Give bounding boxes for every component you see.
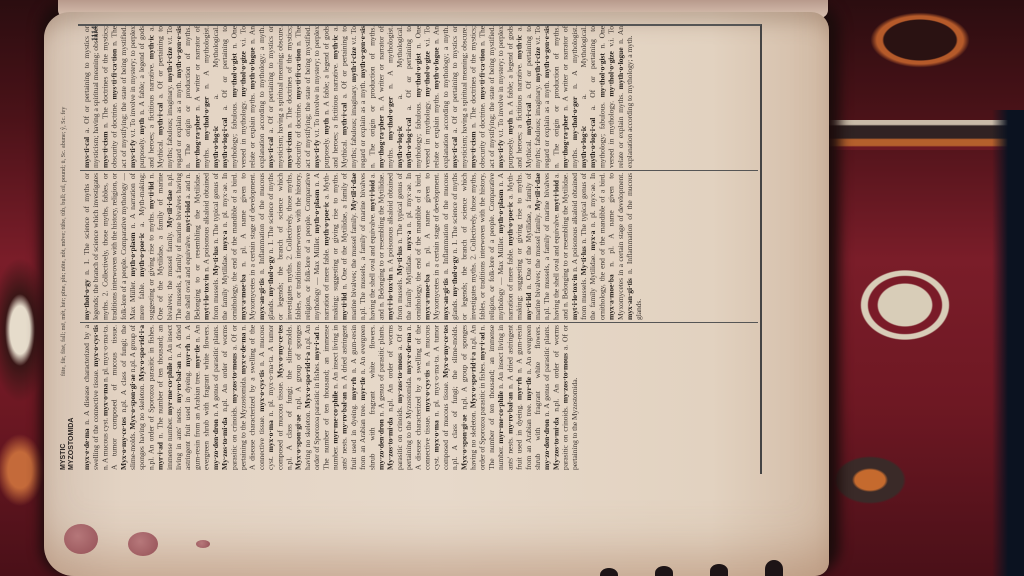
headword: myth [321,118,330,134]
headword: myth·o·log·i·cal [404,118,413,168]
headword: myr·i·ad [312,332,321,360]
headword: myth·o·gen·e·sis [174,26,183,78]
headword: myx·a [588,231,597,251]
definition: n. The origin or production of myths. [367,26,376,168]
headword: My·zos·to·mi·da [220,418,229,471]
headword: mys·ti·fy [128,140,137,168]
dark-edge-shadow [992,110,1024,576]
headword: my·thol·o·gist [597,53,606,97]
headword: my·thog·ra·pher [192,115,201,168]
definition: a. Mythological. [211,26,220,99]
headword: myr·rh [349,377,358,400]
headword: myx·o·ma [266,420,275,452]
definition: n.pl. An order of Sporozoa parasitic in … [146,325,155,470]
headword: myx·an·gi·tis [625,278,634,320]
headword: myth·i·cize [165,47,174,82]
headword: myth·o·log·ic [579,126,588,168]
headword: mys·ti·cal [82,137,91,168]
headword: mys·ti·cal [266,137,275,168]
headword: mys·ti·cism [284,132,293,168]
headword: myth·o·plasm [312,189,321,233]
thumb-index-tab [765,560,783,576]
headword: myth·o·gen·e·sis [358,26,367,78]
headword: myth·i·cal [524,103,533,135]
headword: myt·i·lo·tox·in [570,274,579,320]
headword: my·thol·o·ger [202,97,211,140]
headword: myx·an·gi·tis [441,278,450,320]
headword: myth·o·plasm [496,189,505,233]
headword: mys·ti·cal [450,137,459,168]
headword: myth·i·cize [349,47,358,82]
definition: a. Mythological. [579,26,588,99]
headword: myx·a·moe·ba [238,274,247,320]
headword: myth·i·cize [533,47,542,82]
headword: my·ti·lid [524,293,533,320]
red-stain [128,532,158,556]
guide-words: MYSTIC MYZOSTOMIDA [60,380,76,470]
headword: myx·a [220,231,229,251]
headword: Myx·o·spo·rid·i·a [469,352,478,408]
headword: myth [505,118,514,134]
headword: my·thol·o·gize [607,51,616,96]
headword: mys·ti·fy [312,140,321,168]
headword: my·ti·lid [146,182,155,209]
definition: n. A mucous cyst. [100,418,109,470]
headword: myx·o·ma [432,420,441,452]
headword: myt·i·loid [367,180,376,211]
column-divider [80,170,758,171]
headword: My·ti·lus [211,246,220,275]
definition: n.pl. A class of fungi; the slime-molds. [450,325,459,470]
headword: Myx·o·spon·gi·ae [459,415,468,470]
headword: myt·i·loid [183,201,192,232]
headword: my·thol·o·ger [570,97,579,140]
headword: my·zos·to·mous [395,353,404,403]
column-text: my·thol·o·gy n. 1. The science of myths … [82,173,758,320]
headword: my·zos·to·mous [229,353,238,403]
headword: mys·ti·cism [100,132,109,168]
headword: myth·o·gen·e·sis [542,26,551,78]
headword: myth [137,118,146,134]
headword: myt·i·loid [551,180,560,211]
headword: myth·o·logue [432,48,441,90]
headword: myx·o·cys·tis [257,370,266,412]
headword: myt·i·lo·tox·in [386,274,395,320]
headword: my·thol·o·gy [82,279,91,320]
pronunciation-key: fāte, fär, fāst, fall; mē, mĕt, hėr; pīn… [60,36,80,376]
headword: myx·e·de·ma [82,428,91,470]
headword: myth·i·cal [156,103,165,135]
headword: mys·ti·fi·ca·tion [110,49,119,100]
headword: my·zo·den·dron [542,419,551,470]
headword: myx·an·gi·tis [257,278,266,320]
red-stain [196,540,210,548]
headword: myx·e·de·ma [238,333,247,375]
headword: myt·i·lo·tox·in [202,274,211,320]
headword: mys·ti·cism [469,132,478,168]
headword: my·thog·ra·pher [377,115,386,168]
headword: my·ro·bal·an [340,392,349,434]
headword: myx·a [404,231,413,251]
headword: Myx·o·my·ce·tes [275,325,284,378]
headword: Myx·o·spo·rid·i·a [303,352,312,408]
headword: myth·o·log·ic [395,126,404,168]
headword: myr·tle [358,377,367,400]
headword: myr·i·ad [156,442,165,470]
headword: my·thol·o·gy [266,256,275,297]
guide-word-last: MYZOSTOMIDA [68,380,76,470]
headword: myth·o·log·i·cal [588,118,597,168]
headword: myx·o·cys·tis [91,325,100,367]
headword: My·ti·lus [395,246,404,275]
definition: n. A mythologist. [570,26,579,89]
definition: a. Mythological. [395,26,404,99]
headword: myr·tle [192,345,201,368]
headword: myth·ic [330,35,339,59]
headword: My·zos·to·mi·da [551,418,560,471]
headword: Myx·o·my·ce·tes [119,417,128,470]
headword: myx·o·cys·tis [423,370,432,412]
headword: Myx·o·spo·rid·i·a [137,325,146,381]
headword: myx·e·de·ma [404,333,413,375]
headword: myth·o·plasm [128,233,137,277]
dictionary-column-3: myx·e·de·ma n. A disease characterized b… [82,325,758,470]
headword: myth·o·poe·ic [321,202,330,246]
dictionary-column-1: mys·ti·cal a. Of or pertaining to mystic… [82,26,758,168]
headword: mys·ti·fi·ca·tion [294,49,303,100]
headword: My·zos·to·mi·da [386,418,395,471]
headword: My·til·i·dae [165,190,174,228]
headword: myr·me·co·phile [165,363,174,416]
headword: mys·ti·fy [496,140,505,168]
headword: myth·o·logue [616,48,625,90]
headword: my·thol·o·gy [450,256,459,297]
headword: my·thol·o·ger [386,97,395,140]
headword: my·thol·o·gize [238,51,247,96]
headword: myr·i·ad [478,332,487,360]
headword: myth·o·poe·ic [505,202,514,246]
guide-word-first: MYSTIC [60,380,68,470]
headword: my·ro·bal·an [505,392,514,434]
headword: my·thol·o·gist [413,53,422,97]
thumb-index-tab [600,568,618,576]
headword: myth·o·logue [248,48,257,90]
headword: Myx·o·my·ce·tes [441,325,450,378]
headword: my·zos·to·mous [561,353,570,403]
headword: myth·o·poe·ic [137,233,146,277]
headword: myr·rh [183,344,192,367]
headword: my·zo·den·dron [211,419,220,470]
definition: n. A mythologist. [386,26,395,89]
headword: my·thol·o·gist [229,53,238,97]
headword: myr·me·co·phile [330,391,339,444]
headword: my·thog·ra·pher [561,115,570,168]
column-text: myx·e·de·ma n. A disease characterized b… [82,325,758,470]
headword: Myx·o·spon·gi·ae [294,415,303,470]
thumb-index-tab [710,564,728,576]
headword: mys·ti·fi·ca·tion [478,49,487,100]
headword: Myx·o·spon·gi·ae [128,374,137,429]
headword: myth·i·cal [340,103,349,135]
dictionary-column-2: my·thol·o·gy n. 1. The science of myths … [82,173,758,320]
definition: n. A mythologist. [202,26,211,89]
headword: myth·o·log·ic [211,126,220,168]
headword: my·ti·lid [340,293,349,320]
definition: n. A genus of parasitic plants. [542,325,551,416]
column-text: mys·ti·cal a. Of or pertaining to mystic… [82,26,758,168]
headword: myx·o·ma [100,384,109,416]
red-stain [64,524,98,554]
definition: n. The origin or production of myths. [551,26,560,168]
headword: My·ti·lus [579,246,588,275]
headword: myr·rh [515,377,524,400]
headword: myth·ic [515,35,524,59]
headword: My·til·i·dae [349,173,358,211]
headword: myr·me·co·phile [496,391,505,444]
definition: n. A genus of parasitic plants. [377,325,386,416]
headword: my·zo·den·dron [377,419,386,470]
column-divider [80,322,758,323]
headword: myth·o·log·i·cal [220,118,229,168]
definition: n. A genus of parasitic plants. [211,325,220,416]
headword: myx·a·moe·ba [607,274,616,320]
headword: my·ro·bal·an [174,361,183,403]
definition: n. The origin or production of myths. [183,26,192,168]
headword: myr·tle [524,377,533,400]
definition: n.pl. A class of fungi; the slime-molds. [284,325,293,470]
headword: myx·a·moe·ba [423,274,432,320]
headword: My·til·i·dae [533,173,542,211]
headword: my·thol·o·gize [423,51,432,96]
thumb-index-tab [655,566,673,576]
headword: myth·ic [146,35,155,59]
